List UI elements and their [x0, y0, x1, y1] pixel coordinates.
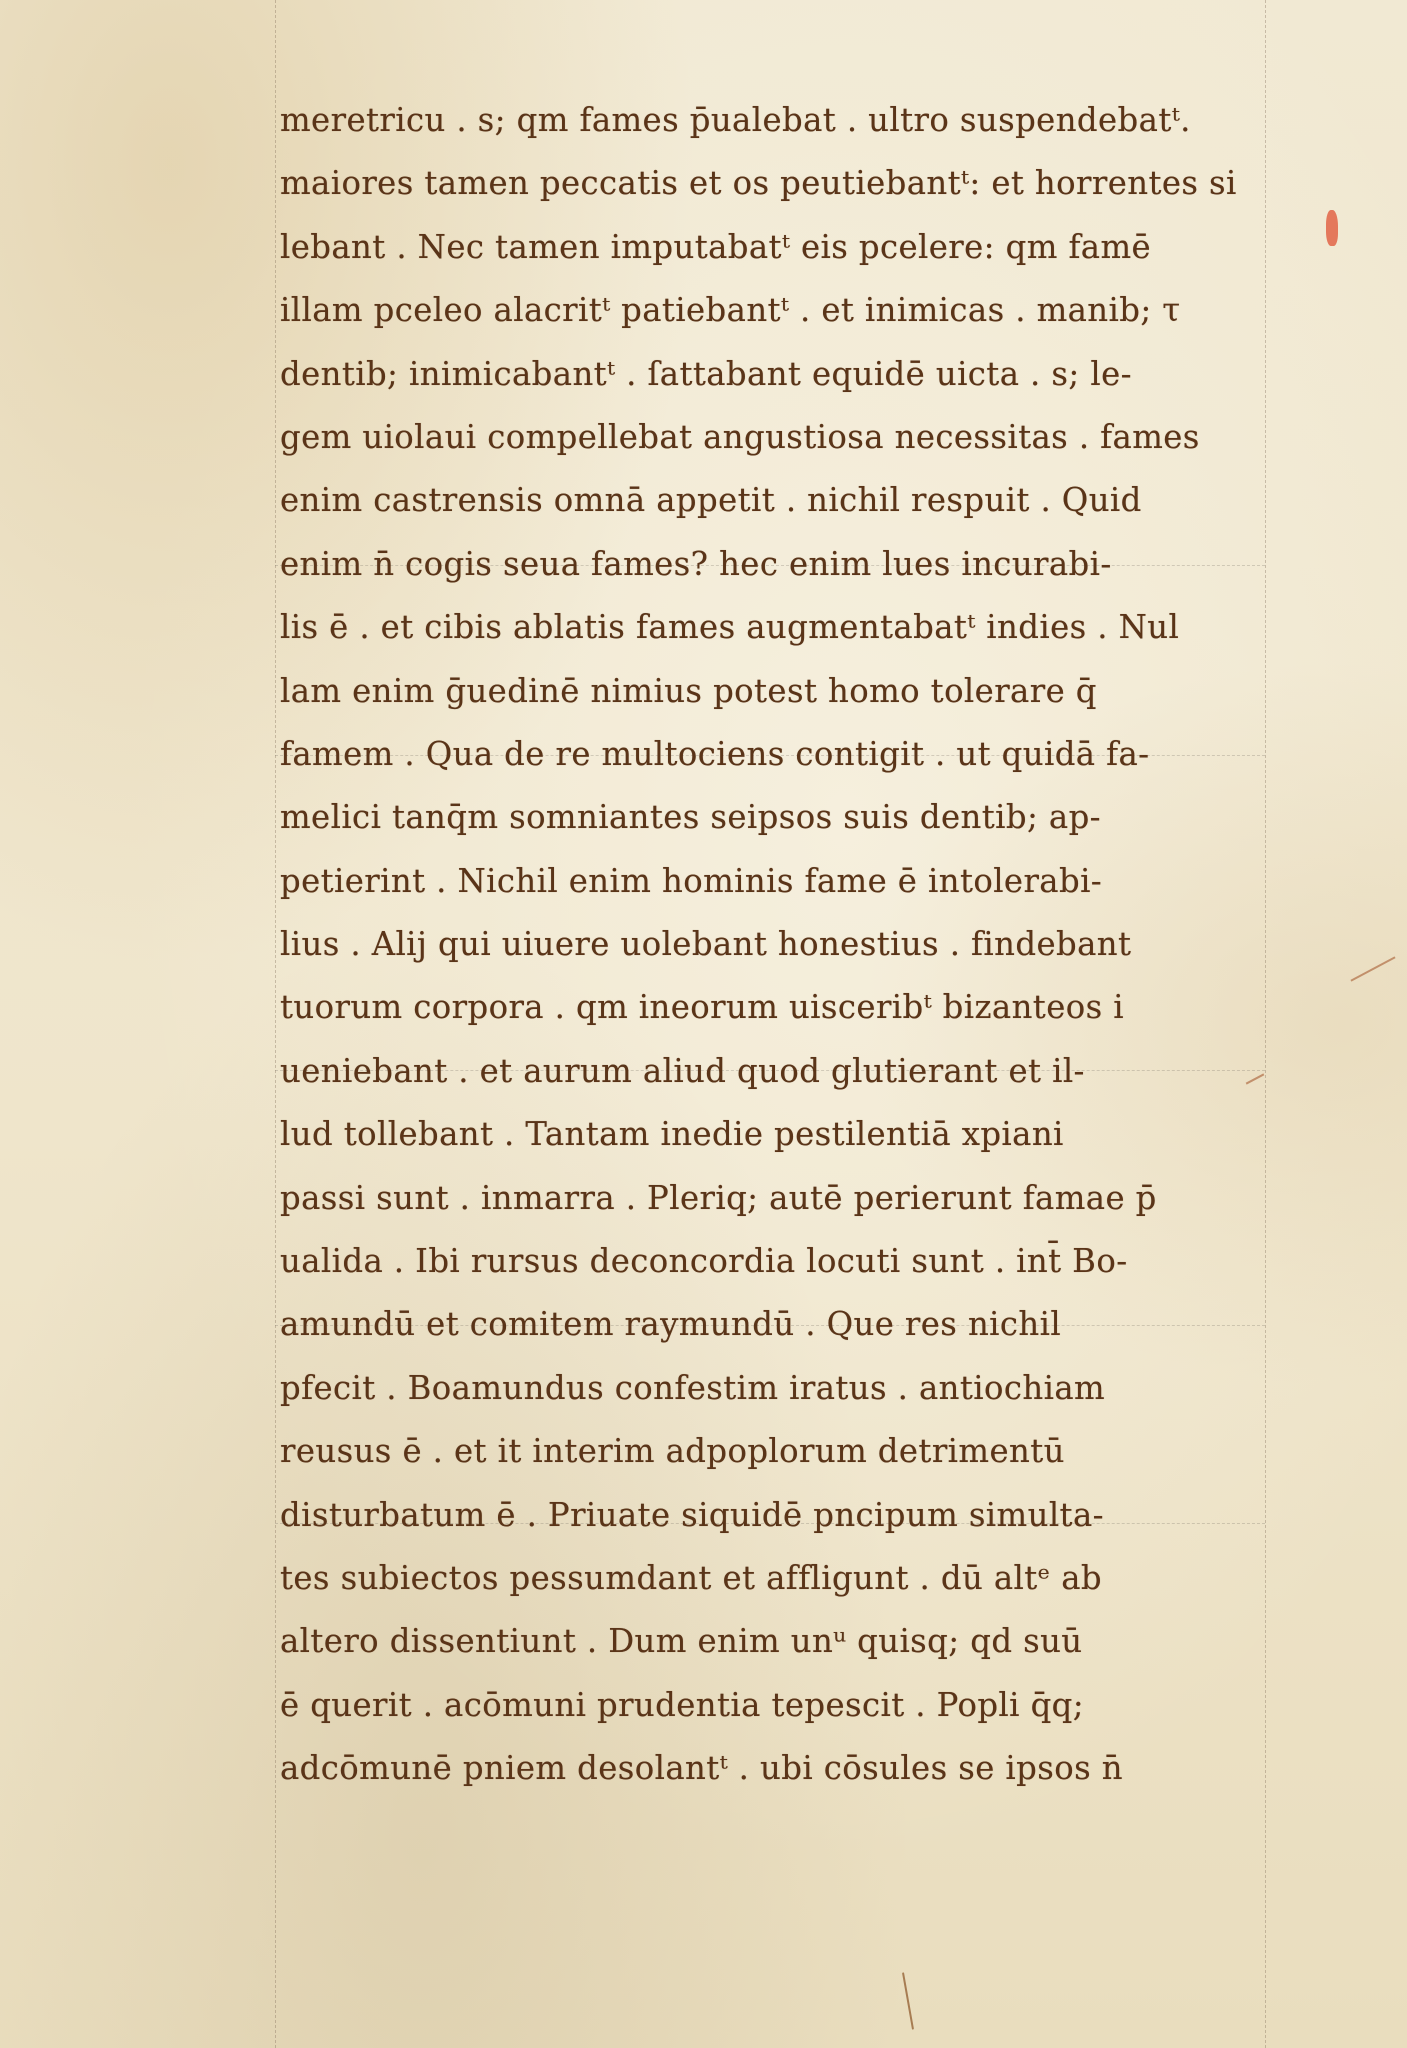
line-text: melici tanq̄m somniantes seipsos suis de…	[280, 785, 1101, 848]
text-line: passi sunt . inmarra . Pleriq; autē peri…	[280, 1166, 1270, 1229]
text-line: lis ē . et cibis ablatis fames augmentab…	[280, 595, 1270, 658]
text-block: meretricu . s; qm fames p̄ualebat . ultr…	[280, 88, 1270, 1800]
text-line: ualida . Ibi rursus deconcordia locuti s…	[280, 1229, 1270, 1292]
text-line: altero dissentiunt . Dum enim unᵘ quisq;…	[280, 1609, 1270, 1672]
text-line: lud tollebant . Tantam inedie pestilenti…	[280, 1102, 1270, 1165]
text-line: dentib; inimicabantᵗ . ſattabant equidē …	[280, 342, 1270, 405]
line-text: disturbatum ē . Priuate siquidē pncipum …	[280, 1483, 1104, 1546]
text-line: ueniebant . et aurum aliud quod glutiera…	[280, 1039, 1270, 1102]
margin-pen-stroke	[1350, 956, 1395, 981]
line-text: famem . Qua de re multociens contigit . …	[280, 722, 1150, 785]
line-text: lebant . Nec tamen imputabatᵗ eis pceler…	[280, 215, 1151, 278]
line-text: tuorum corpora . qm ineorum uisceribᵗ bi…	[280, 975, 1124, 1038]
text-line: gem uiolaui compellebat angustiosa neces…	[280, 405, 1270, 468]
line-text: lam enim ḡuedinē nimius potest homo tole…	[280, 659, 1097, 722]
left-ruling-line	[275, 0, 276, 2048]
line-text: tes subiectos pessumdant et affligunt . …	[280, 1546, 1102, 1609]
text-line: tes subiectos pessumdant et affligunt . …	[280, 1546, 1270, 1609]
text-line: pfecit . Boamundus confestim iratus . an…	[280, 1356, 1270, 1419]
text-line: maiores tamen peccatis et os peutiebantᵗ…	[280, 151, 1270, 214]
line-text: lis ē . et cibis ablatis fames augmentab…	[280, 595, 1179, 658]
line-text: petierint . Nichil enim hominis fame ē i…	[280, 849, 1102, 912]
line-text: altero dissentiunt . Dum enim unᵘ quisq;…	[280, 1609, 1083, 1672]
line-text: lius . Alij qui uiuere uolebant honestiu…	[280, 912, 1131, 975]
line-text: lud tollebant . Tantam inedie pestilenti…	[280, 1102, 1064, 1165]
line-text: pfecit . Boamundus confestim iratus . an…	[280, 1356, 1105, 1419]
line-text: ualida . Ibi rursus deconcordia locuti s…	[280, 1229, 1128, 1292]
line-text: maiores tamen peccatis et os peutiebantᵗ…	[280, 151, 1237, 214]
line-text: enim castrensis omnā appetit . nichil re…	[280, 468, 1142, 531]
text-line: lebant . Nec tamen imputabatᵗ eis pceler…	[280, 215, 1270, 278]
stray-pen-stroke	[902, 1972, 914, 2029]
text-line: amundū et comitem raymundū . Que res nic…	[280, 1292, 1270, 1355]
line-text: reusus ē . et it interim adpoplorum detr…	[280, 1419, 1065, 1482]
text-line: adcōmunē pniem desolantᵗ . ubi cōsules s…	[280, 1736, 1270, 1799]
line-text: meretricu . s; qm fames p̄ualebat . ultr…	[280, 88, 1191, 151]
red-margin-mark	[1326, 210, 1338, 246]
line-text: illam pceleo alacritᵗ patiebantᵗ . et in…	[280, 278, 1181, 341]
line-text: adcōmunē pniem desolantᵗ . ubi cōsules s…	[280, 1736, 1123, 1799]
text-line: illam pceleo alacritᵗ patiebantᵗ . et in…	[280, 278, 1270, 341]
line-text: ueniebant . et aurum aliud quod glutiera…	[280, 1039, 1085, 1102]
text-line: disturbatum ē . Priuate siquidē pncipum …	[280, 1483, 1270, 1546]
line-text: enim n̄ cogis seua fames? hec enim lues …	[280, 532, 1112, 595]
text-line: lam enim ḡuedinē nimius potest homo tole…	[280, 659, 1270, 722]
line-text: amundū et comitem raymundū . Que res nic…	[280, 1292, 1061, 1355]
text-line: melici tanq̄m somniantes seipsos suis de…	[280, 785, 1270, 848]
text-line: enim n̄ cogis seua fames? hec enim lues …	[280, 532, 1270, 595]
text-line: lius . Alij qui uiuere uolebant honestiu…	[280, 912, 1270, 975]
text-line: meretricu . s; qm fames p̄ualebat . ultr…	[280, 88, 1270, 151]
text-line: enim castrensis omnā appetit . nichil re…	[280, 468, 1270, 531]
manuscript-folio: meretricu . s; qm fames p̄ualebat . ultr…	[0, 0, 1407, 2048]
text-line: reusus ē . et it interim adpoplorum detr…	[280, 1419, 1270, 1482]
text-line: ē querit . acōmuni prudentia tepescit . …	[280, 1673, 1270, 1736]
line-text: ē querit . acōmuni prudentia tepescit . …	[280, 1673, 1084, 1736]
line-text: gem uiolaui compellebat angustiosa neces…	[280, 405, 1200, 468]
line-text: passi sunt . inmarra . Pleriq; autē peri…	[280, 1166, 1157, 1229]
line-text: dentib; inimicabantᵗ . ſattabant equidē …	[280, 342, 1132, 405]
text-line: tuorum corpora . qm ineorum uisceribᵗ bi…	[280, 975, 1270, 1038]
text-line: petierint . Nichil enim hominis fame ē i…	[280, 849, 1270, 912]
text-line: famem . Qua de re multociens contigit . …	[280, 722, 1270, 785]
